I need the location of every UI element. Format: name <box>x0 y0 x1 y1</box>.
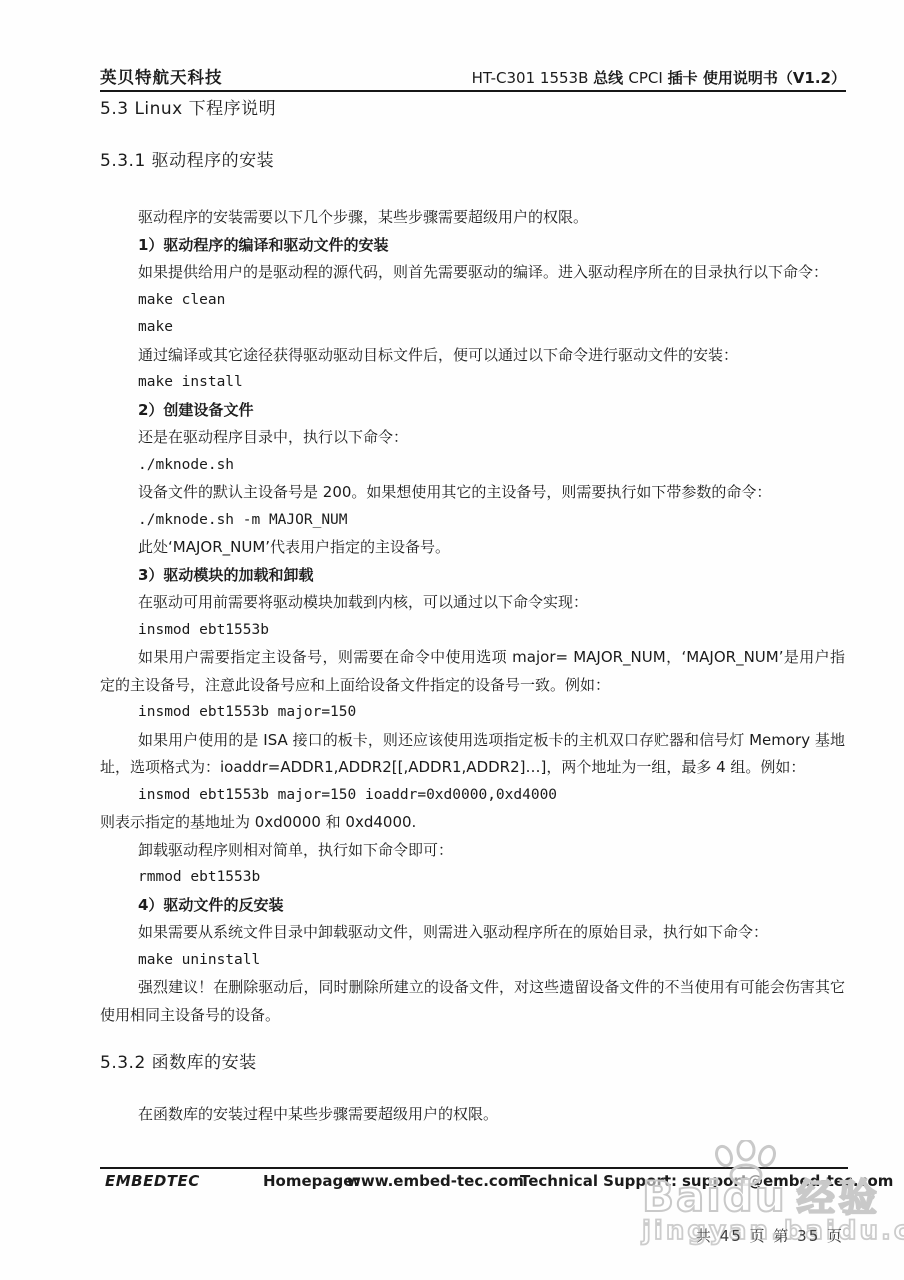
company-name: 英贝特航天科技 <box>100 64 223 88</box>
paragraph: 如果提供给用户的是驱动程的源代码，则首先需要驱动的编译。进入驱动程序所在的目录执… <box>100 259 845 287</box>
paragraph: 则表示指定的基地址为 0xd0000 和 0xd4000. <box>100 809 845 837</box>
command-line: make uninstall <box>100 947 845 975</box>
command-line: rmmod ebt1553b <box>100 864 845 892</box>
document-page: 英贝特航天科技 HT-C301 1553B 总线 CPCI 插卡 使用说明书（V… <box>0 0 904 1280</box>
page-footer: EMBEDTEC Homepage: www.embed-tec.com Tec… <box>0 1172 904 1194</box>
paragraph: 还是在驱动程序目录中，执行以下命令： <box>100 424 845 452</box>
footer-support-email: support@embed-tec.com <box>682 1172 893 1190</box>
paragraph: 如果用户使用的是 ISA 接口的板卡，则还应该使用选项指定板卡的主机双口存贮器和… <box>100 727 845 782</box>
step-heading-3: 3）驱动模块的加载和卸载 <box>100 562 845 590</box>
paragraph: 此处‘MAJOR_NUM’代表用户指定的主设备号。 <box>100 534 845 562</box>
footer-homepage-url: www.embed-tec.com <box>347 1172 524 1190</box>
paragraph: 在驱动可用前需要将驱动模块加载到内核，可以通过以下命令实现： <box>100 589 845 617</box>
paragraph: 强烈建议！在删除驱动后，同时删除所建立的设备文件，对这些遗留设备文件的不当使用有… <box>100 974 845 1029</box>
paragraph: 设备文件的默认主设备号是 200。如果想使用其它的主设备号，则需要执行如下带参数… <box>100 479 845 507</box>
section-heading-5-3-2: 5.3.2 函数库的安装 <box>100 1049 845 1077</box>
header-divider <box>100 90 846 92</box>
paragraph: 卸载驱动程序则相对简单，执行如下命令即可： <box>100 837 845 865</box>
doc-title-cpci: CPCI <box>628 69 667 87</box>
paragraph: 驱动程序的安装需要以下几个步骤，某些步骤需要超级用户的权限。 <box>100 204 845 232</box>
footer-homepage-label: Homepage: <box>263 1172 359 1190</box>
paragraph: 如果用户需要指定主设备号，则需要在命令中使用选项 major= MAJOR_NU… <box>100 644 845 699</box>
command-line: insmod ebt1553b major=150 <box>100 699 845 727</box>
page-header: 英贝特航天科技 HT-C301 1553B 总线 CPCI 插卡 使用说明书（V… <box>100 62 846 88</box>
section-heading-5-3-1: 5.3.1 驱动程序的安装 <box>100 147 845 175</box>
doc-title-bus: 总线 <box>593 69 628 87</box>
command-line: ./mknode.sh -m MAJOR_NUM <box>100 507 845 535</box>
command-line: insmod ebt1553b <box>100 617 845 645</box>
paragraph: 通过编译或其它途径获得驱动驱动目标文件后，便可以通过以下命令进行驱动文件的安装： <box>100 342 845 370</box>
command-line: make install <box>100 369 845 397</box>
section-heading-5-3: 5.3 Linux 下程序说明 <box>100 95 845 123</box>
footer-brand: EMBEDTEC <box>105 1172 200 1190</box>
footer-divider <box>100 1167 848 1169</box>
paragraph: 在函数库的安装过程中某些步骤需要超级用户的权限。 <box>100 1101 845 1129</box>
doc-title-model: HT-C301 1553B <box>472 69 594 87</box>
step-heading-1: 1）驱动程序的编译和驱动文件的安装 <box>100 232 845 260</box>
command-line: make <box>100 314 845 342</box>
doc-title-card: 插卡 <box>668 69 703 87</box>
page-number-indicator: 共 45 页 第 35 页 <box>696 1225 844 1246</box>
step-heading-4: 4）驱动文件的反安装 <box>100 892 845 920</box>
step-heading-2: 2）创建设备文件 <box>100 397 845 425</box>
doc-title-manual: 使用说明书（V1.2） <box>703 69 846 87</box>
footer-support-label: Technical Support: <box>520 1172 677 1190</box>
command-line: insmod ebt1553b major=150 ioaddr=0xd0000… <box>100 782 845 810</box>
document-title: HT-C301 1553B 总线 CPCI 插卡 使用说明书（V1.2） <box>472 67 846 88</box>
document-body: 5.3 Linux 下程序说明 5.3.1 驱动程序的安装 驱动程序的安装需要以… <box>100 95 845 1129</box>
paragraph: 如果需要从系统文件目录中卸载驱动文件，则需进入驱动程序所在的原始目录，执行如下命… <box>100 919 845 947</box>
command-line: ./mknode.sh <box>100 452 845 480</box>
command-line: make clean <box>100 287 845 315</box>
